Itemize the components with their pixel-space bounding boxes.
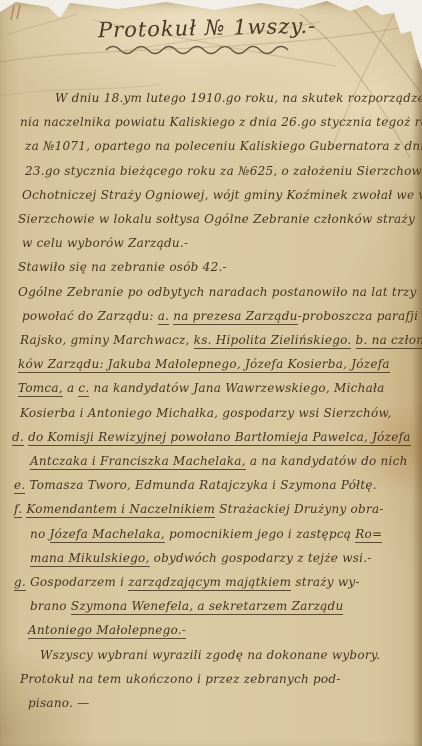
text-line: w celu wyborów Zarządu.- xyxy=(0,231,412,255)
underlined-text-segment: Ro= xyxy=(355,527,382,543)
text-line: Wszyscy wybrani wyrazili zgodę na dokona… xyxy=(0,643,412,667)
underlined-text-segment: Komendantem i Naczelnikiem xyxy=(26,502,215,518)
text-segment: W dniu 18.ym lutego 1910.go roku, na sku… xyxy=(55,91,422,105)
document-title: Protokuł № 1wszy.- xyxy=(98,14,317,43)
text-line: 23.go stycznia bieżącego roku za №625, o… xyxy=(0,159,412,183)
text-line: Tomca, a c. na kandydatów Jana Wawrzewsk… xyxy=(0,376,412,400)
underlined-text-segment: na prezesa Zarządu xyxy=(173,309,297,325)
text-segment: Kosierba i Antoniego Michałka, gospodarz… xyxy=(20,406,392,420)
text-segment: brano xyxy=(30,599,71,613)
text-segment: za №1071, opartego na poleceniu Kaliskie… xyxy=(25,139,422,153)
text-segment: -proboszcza parafji xyxy=(298,309,419,323)
text-segment: a na kandydatów do nich xyxy=(246,454,408,468)
underlined-text-segment: c. xyxy=(78,381,89,397)
text-line: pisano. — xyxy=(0,691,412,715)
text-line: Ochotniczej Straży Ogniowej, wójt gminy … xyxy=(0,183,412,207)
underlined-text-segment: ks. Hipolita Zielińskiego. xyxy=(194,333,352,349)
text-line: nia naczelnika powiatu Kaliskiego z dnia… xyxy=(0,110,412,134)
underlined-text-segment: do Komisji Rewizyjnej powołano Bartłomie… xyxy=(28,430,411,446)
text-line: d. do Komisji Rewizyjnej powołano Bartło… xyxy=(0,425,412,449)
title-wavy-underline-decoration xyxy=(104,45,304,55)
text-line: no Józefa Machelaka, pomocnikiem jego i … xyxy=(0,522,412,546)
text-segment: pomocnikiem jego i zastępcą xyxy=(165,527,355,541)
underlined-text-segment: a. xyxy=(158,309,169,325)
underlined-text-segment: Józefa Machelaka, xyxy=(50,527,165,543)
text-line: ków Zarządu: Jakuba Małolepnego, Józefa … xyxy=(0,352,412,376)
text-line: Stawiło się na zebranie osób 42.- xyxy=(0,255,412,279)
underlined-text-segment: mana Mikulskiego, xyxy=(30,551,150,567)
underlined-text-segment: zarządzającym majątkiem xyxy=(128,575,291,591)
text-line: e. Tomasza Tworo, Edmunda Ratajczyka i S… xyxy=(0,473,412,497)
text-segment: 23.go stycznia bieżącego roku za №625, o… xyxy=(25,164,422,178)
underlined-text-segment: g. xyxy=(14,575,26,591)
text-line: Antoniego Małolepnego.- xyxy=(0,618,412,642)
text-line: powołać do Zarządu: a. na prezesa Zarząd… xyxy=(0,304,412,328)
text-segment: Strażackiej Drużyny obra- xyxy=(215,502,384,516)
text-segment: straży wy- xyxy=(291,575,359,589)
text-segment xyxy=(351,333,355,347)
text-segment: nia naczelnika powiatu Kaliskiego z dnia… xyxy=(20,115,422,129)
text-line: Antczaka i Franciszka Machelaka, a na ka… xyxy=(0,449,412,473)
text-segment: Ogólne Zebranie po odbytych naradach pos… xyxy=(18,285,417,299)
text-segment: no xyxy=(30,527,50,541)
text-segment: Ochotniczej Straży Ogniowej, wójt gminy … xyxy=(22,188,422,202)
text-segment: Wszyscy wybrani wyrazili zgodę na dokona… xyxy=(40,648,380,662)
text-segment: obydwóch gospodarzy z tejże wsi.- xyxy=(150,551,372,565)
archive-pencil-mark xyxy=(11,5,20,20)
underlined-text-segment: d. xyxy=(12,430,24,446)
scanned-document-photo: Protokuł № 1wszy.- W dniu 18.ym lutego 1… xyxy=(0,0,422,746)
underlined-text-segment: Szymona Wenefela, a sekretarzem Zarządu xyxy=(71,599,344,615)
text-segment: Rajsko, gminy Marchwacz, xyxy=(20,333,194,347)
underlined-text-segment: Antczaka i Franciszka Machelaka, xyxy=(30,454,246,470)
text-segment: Sierzchowie w lokalu sołtysa Ogólne Zebr… xyxy=(18,212,415,226)
document-body: W dniu 18.ym lutego 1910.go roku, na sku… xyxy=(0,86,412,715)
underlined-text-segment: b. na człon xyxy=(356,333,422,349)
paper-sheet: Protokuł № 1wszy.- W dniu 18.ym lutego 1… xyxy=(0,0,422,746)
text-line: Ogólne Zebranie po odbytych naradach pos… xyxy=(0,280,412,304)
text-segment: Gospodarzem i xyxy=(26,575,128,589)
text-line: f. Komendantem i Naczelnikiem Strażackie… xyxy=(0,497,412,521)
text-segment: Protokuł na tem ukończono i przez zebran… xyxy=(20,672,341,686)
text-line: Sierzchowie w lokalu sołtysa Ogólne Zebr… xyxy=(0,207,412,231)
text-line: Rajsko, gminy Marchwacz, ks. Hipolita Zi… xyxy=(0,328,412,352)
text-line: za №1071, opartego na poleceniu Kaliskie… xyxy=(0,134,412,158)
text-segment: Stawiło się na zebranie osób 42.- xyxy=(18,260,227,274)
text-line: Protokuł na tem ukończono i przez zebran… xyxy=(0,667,412,691)
text-line: mana Mikulskiego, obydwóch gospodarzy z … xyxy=(0,546,412,570)
text-line: W dniu 18.ym lutego 1910.go roku, na sku… xyxy=(0,86,412,110)
text-segment: w celu wyborów Zarządu.- xyxy=(22,236,188,250)
text-segment: pisano. — xyxy=(28,696,89,710)
text-line: brano Szymona Wenefela, a sekretarzem Za… xyxy=(0,594,412,618)
underlined-text-segment: Tomca, xyxy=(18,381,63,397)
text-segment: powołać do Zarządu: xyxy=(22,309,158,323)
underlined-text-segment: Antoniego Małolepnego.- xyxy=(28,623,186,639)
underlined-text-segment: e. xyxy=(14,478,25,494)
text-segment: Tomasza Tworo, Edmunda Ratajczyka i Szym… xyxy=(25,478,376,492)
underlined-text-segment: ków Zarządu: Jakuba Małolepnego, Józefa … xyxy=(18,357,390,373)
text-line: g. Gospodarzem i zarządzającym majątkiem… xyxy=(0,570,412,594)
text-segment: a xyxy=(63,381,79,395)
text-segment: na kandydatów Jana Wawrzewskiego, Michał… xyxy=(89,381,384,395)
text-line: Kosierba i Antoniego Michałka, gospodarz… xyxy=(0,401,412,425)
